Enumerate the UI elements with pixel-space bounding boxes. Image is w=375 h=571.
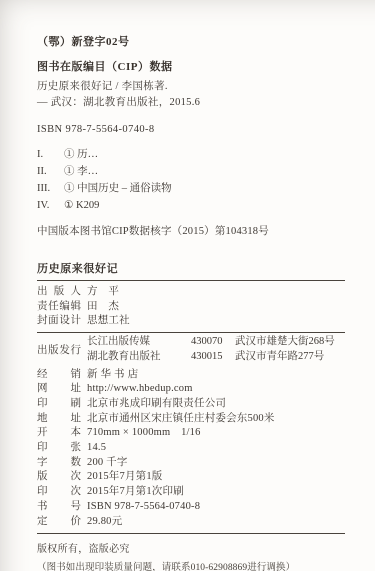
detail-row: 书号 ISBN 978-7-5564-0740-8 — [37, 500, 345, 515]
registration-line: （鄂）新登字02号 — [37, 33, 345, 49]
classification-item: I. ① 历… — [37, 146, 345, 163]
credit-value: 思想工社 — [87, 314, 130, 329]
publisher-entry: 长江出版传媒 430070 武汉市雄楚大街268号 — [87, 335, 345, 350]
detail-row: 经销 新 华 书 店 — [37, 368, 345, 383]
detail-label: 开本 — [37, 426, 81, 441]
classification-item: II. ① 李… — [37, 163, 345, 180]
detail-row: 地址 北京市通州区宋庄镇任庄村委会东500米 — [37, 412, 345, 427]
detail-row: 印刷 北京市兆成印刷有限责任公司 — [37, 397, 345, 412]
detail-value: 2015年7月第1版 — [87, 470, 163, 485]
publisher-postcode: 430070 — [191, 335, 235, 350]
detail-value: 200 千字 — [87, 456, 128, 471]
detail-label: 经销 — [37, 368, 81, 383]
detail-row: 开本 710mm × 1000mm 1/16 — [37, 426, 345, 441]
credit-row: 封面设计 思想工社 — [37, 314, 345, 329]
detail-label: 书号 — [37, 500, 81, 515]
detail-value: http://www.hbedup.com — [87, 382, 193, 397]
classification-numeral: II. — [37, 163, 64, 180]
classification-item: III. ① 中国历史 – 通俗读物 — [37, 180, 345, 197]
publisher-entries: 长江出版传媒 430070 武汉市雄楚大街268号 湖北教育出版社 430015… — [87, 335, 345, 364]
publisher-entry: 湖北教育出版社 430015 武汉市青年路277号 — [87, 350, 345, 365]
credit-label: 出版人 — [37, 285, 81, 300]
publisher-postcode: 430015 — [191, 350, 235, 365]
classification-item: IV. ① K209 — [37, 197, 345, 214]
classification-text: ① 中国历史 – 通俗读物 — [64, 180, 172, 197]
detail-label: 定价 — [37, 515, 81, 530]
detail-value: 新 华 书 店 — [87, 368, 138, 383]
detail-row: 网址 http://www.hbedup.com — [37, 382, 345, 397]
detail-value: 2015年7月第1次印刷 — [87, 485, 184, 500]
classification-text: ① 历… — [64, 146, 98, 163]
credit-row: 责任编辑 田 杰 — [37, 300, 345, 315]
detail-value: 北京市通州区宋庄镇任庄村委会东500米 — [87, 412, 275, 427]
detail-row: 版次 2015年7月第1版 — [37, 470, 345, 485]
credit-value: 方 平 — [87, 285, 119, 300]
detail-value: 710mm × 1000mm 1/16 — [87, 426, 201, 441]
publisher-name: 湖北教育出版社 — [87, 350, 191, 365]
detail-value: ISBN 978-7-5564-0740-8 — [87, 500, 200, 515]
publisher-label: 出版发行 — [37, 342, 81, 357]
publisher-address: 武汉市青年路277号 — [235, 350, 345, 365]
isbn-line: ISBN 978-7-5564-0740-8 — [37, 124, 345, 135]
detail-label: 网址 — [37, 382, 81, 397]
publisher-name: 长江出版传媒 — [87, 335, 191, 350]
cip-publisher-line: — 武汉：湖北教育出版社，2015.6 — [37, 95, 345, 111]
classification-text: ① 李… — [64, 163, 98, 180]
copyright-footer: 版权所有，盗版必究 （图书如出现印装质量问题，请联系010-62908869进行… — [37, 534, 345, 571]
book-title: 历史原来很好记 — [37, 260, 345, 281]
classification-list: I. ① 历… II. ① 李… III. ① 中国历史 – 通俗读物 IV. … — [37, 146, 345, 214]
publisher-address: 武汉市雄楚大街268号 — [235, 335, 345, 350]
detail-row: 字数 200 千字 — [37, 456, 345, 471]
detail-row: 定价 29.80元 — [37, 515, 345, 530]
detail-label: 版次 — [37, 470, 81, 485]
detail-row: 印张 14.5 — [37, 441, 345, 456]
classification-text: ① K209 — [64, 197, 99, 214]
detail-value: 14.5 — [87, 441, 106, 456]
classification-numeral: III. — [37, 180, 64, 197]
detail-label: 印次 — [37, 485, 81, 500]
credit-row: 出版人 方 平 — [37, 285, 345, 300]
detail-label: 印张 — [37, 441, 81, 456]
cip-record-number: 中国版本图书馆CIP数据核字（2015）第104318号 — [37, 223, 345, 238]
colophon-page: （鄂）新登字02号 图书在版编目（CIP）数据 历史原来很好记 / 李国栋著. … — [0, 0, 375, 571]
cip-description: 历史原来很好记 / 李国栋著. — 武汉：湖北教育出版社，2015.6 — [37, 79, 345, 111]
detail-value: 29.80元 — [87, 515, 122, 530]
credit-label: 责任编辑 — [37, 300, 81, 315]
classification-numeral: IV. — [37, 197, 64, 214]
credit-value: 田 杰 — [87, 300, 119, 315]
detail-label: 地址 — [37, 412, 81, 427]
publisher-section: 出版发行 长江出版传媒 430070 武汉市雄楚大街268号 湖北教育出版社 4… — [37, 332, 345, 366]
credit-label: 封面设计 — [37, 314, 81, 329]
publication-details: 经销 新 华 书 店 网址 http://www.hbedup.com 印刷 北… — [37, 367, 345, 530]
copyright-notice: 版权所有，盗版必究 — [37, 540, 345, 555]
detail-value: 北京市兆成印刷有限责任公司 — [87, 397, 226, 412]
detail-row: 印次 2015年7月第1次印刷 — [37, 485, 345, 500]
classification-numeral: I. — [37, 146, 64, 163]
cip-header: 图书在版编目（CIP）数据 — [37, 58, 345, 74]
quality-contact-notice: （图书如出现印装质量问题，请联系010-62908869进行调换） — [37, 559, 345, 571]
detail-label: 印刷 — [37, 397, 81, 412]
detail-label: 字数 — [37, 456, 81, 471]
cip-title-author-line: 历史原来很好记 / 李国栋著. — [37, 79, 345, 95]
credits-section: 出版人 方 平 责任编辑 田 杰 封面设计 思想工社 — [37, 281, 345, 332]
